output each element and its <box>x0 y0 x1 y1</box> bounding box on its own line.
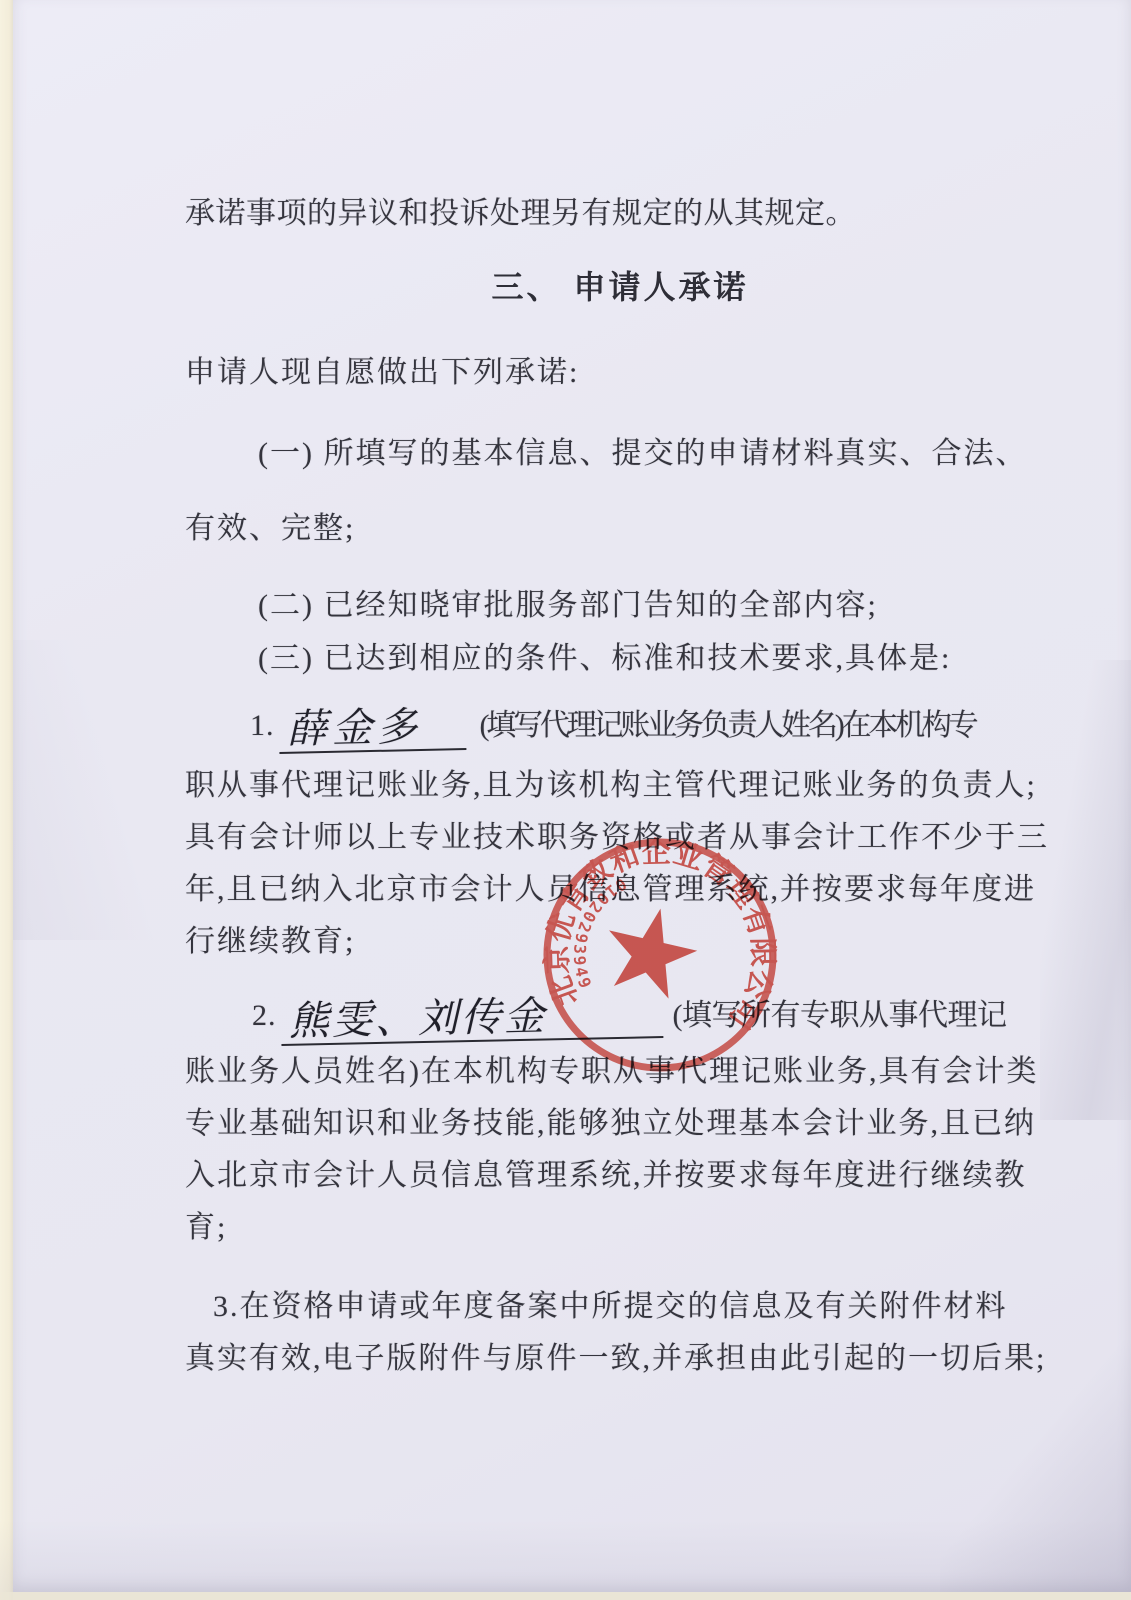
company-seal-stamp: 北京优肯致和企业管理有限公司 01020293949 ★ <box>528 823 792 1087</box>
clause1-after-name: (填写代理记账业务负责人姓名)在本机构专 <box>480 709 976 742</box>
scanned-document-page: 承诺事项的异议和投诉处理另有规定的从其规定。 三、 申请人承诺 申请人现自愿做出… <box>0 0 1131 1600</box>
lead-line: 申请人现自愿做出下列承诺: <box>185 347 579 391</box>
handwritten-name-manager: 薛金多 <box>278 708 466 754</box>
clause1-number: 1. <box>250 709 275 742</box>
clause2-line5: 育; <box>185 1202 227 1246</box>
clause1-line1: 1.薛金多(填写代理记账业务负责人姓名)在本机构专 <box>250 700 975 752</box>
clause1-line5: 行继续教育; <box>185 916 355 960</box>
clause3-line1: 3.在资格申请或年度备案中所提交的信息及有关附件材料 <box>213 1281 1008 1325</box>
item3-line: (三) 已达到相应的条件、标准和技术要求,具体是: <box>258 633 951 677</box>
scanner-bottom-edge <box>0 1592 1131 1600</box>
scanner-edge <box>0 0 13 1600</box>
clause2-number: 2. <box>252 999 277 1032</box>
clause1-line2: 职从事代理记账业务,且为该机构主管代理记账业务的负责人; <box>185 760 1037 804</box>
item2-line: (二) 已经知晓审批服务部门告知的全部内容; <box>258 580 878 624</box>
section-heading: 三、 申请人承诺 <box>185 262 1055 308</box>
item1-line2: 有效、完整; <box>185 503 355 547</box>
clause2-line3: 专业基础知识和业务技能,能够独立处理基本会计业务,且已纳 <box>185 1098 1036 1142</box>
clause3-line2: 真实有效,电子版附件与原件一致,并承担由此引起的一切后果; <box>185 1333 1046 1377</box>
item1-line1: (一) 所填写的基本信息、提交的申请材料真实、合法、 <box>258 428 1027 472</box>
intro-line: 承诺事项的异议和投诉处理另有规定的从其规定。 <box>185 188 856 232</box>
clause2-line4: 入北京市会计人员信息管理系统,并按要求每年度进行继续教 <box>185 1150 1027 1194</box>
